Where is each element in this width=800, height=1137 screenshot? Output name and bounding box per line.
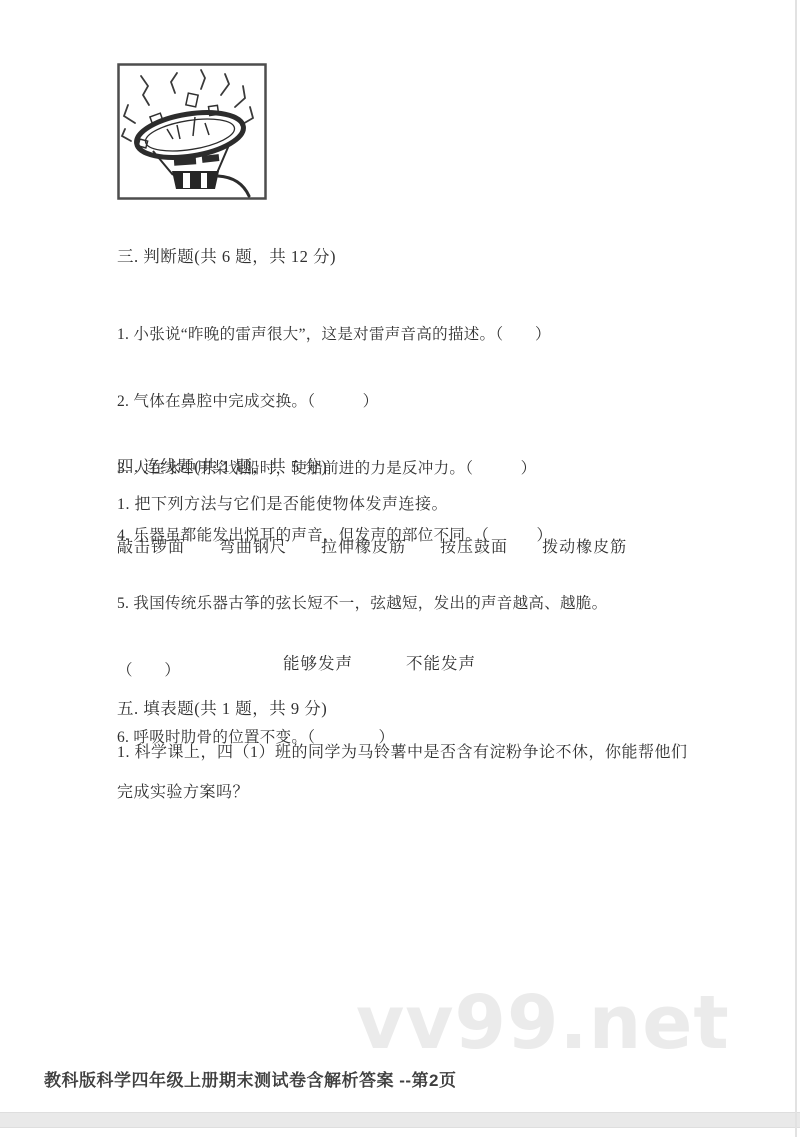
match-target-can-sound: 能够发声	[283, 650, 353, 674]
exam-paper-page: 三. 判断题(共 6 题，共 12 分) 1. 小张说“昨晚的雷声很大”，这是对…	[0, 0, 800, 1137]
speaker-vibration-illustration	[117, 63, 267, 200]
section-table-title: 五. 填表题(共 1 题，共 9 分)	[117, 695, 327, 719]
section-match-title: 四. 连线题(共 1 题，共 5 分)	[117, 453, 327, 477]
match-method-strike-gong: 敲击锣面	[117, 534, 185, 557]
match-method-press-drum: 按压鼓面	[440, 534, 508, 557]
match-method-bend-ruler: 弯曲钢尺	[219, 534, 287, 557]
illustration-box	[117, 63, 267, 200]
match-method-stretch-rubber-band: 拉伸橡皮筋	[321, 534, 406, 557]
table-question-line-1: 1. 科学课上，四（1）班的同学为马铃薯中是否含有淀粉争论不休，你能帮他们	[117, 739, 688, 762]
footer-page-label: 教科版科学四年级上册期末测试卷含解析答案 --第2页	[44, 1066, 457, 1091]
match-methods-row: 敲击锣面 弯曲钢尺 拉伸橡皮筋 按压鼓面 拨动橡皮筋	[117, 534, 627, 557]
judge-line-5: 5. 我国传统乐器古筝的弦长短不一，弦越短，发出的声音越高、越脆。	[117, 593, 607, 615]
match-target-cannot-sound: 不能发声	[406, 650, 476, 674]
watermark-text: vv99.net	[356, 986, 730, 1060]
judge-line-5-continuation: （ ）	[117, 660, 607, 682]
match-question: 1. 把下列方法与它们是否能使物体发声连接。	[117, 491, 448, 514]
match-method-pluck-rubber-band: 拨动橡皮筋	[542, 534, 627, 557]
section-judge-title: 三. 判断题(共 6 题，共 12 分)	[117, 243, 336, 267]
judge-line-1: 1. 小张说“昨晚的雷声很大”，这是对雷声音高的描述。（ ）	[117, 324, 607, 346]
judge-line-2: 2. 气体在鼻腔中完成交换。（ ）	[117, 391, 607, 413]
page-gap-divider	[0, 1112, 800, 1128]
page-right-edge-line	[795, 0, 797, 1137]
table-question-line-2: 完成实验方案吗？	[117, 779, 249, 802]
